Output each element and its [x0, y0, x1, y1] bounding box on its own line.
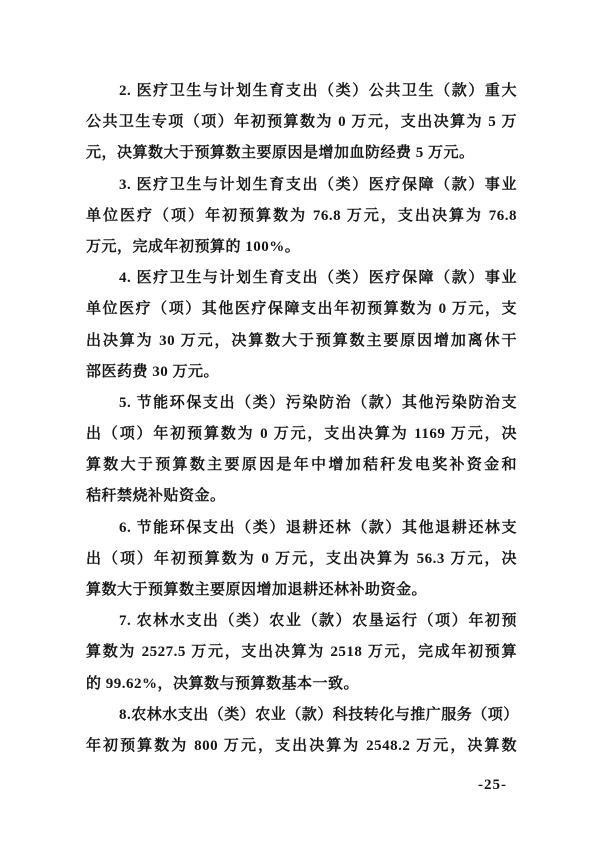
text-line: 3. 医疗卫生与计划生育支出（类）医疗保障（款）事业	[86, 170, 517, 201]
paragraph-item-8: 8.农林水支出（类）农业（款）科技转化与推广服务（项）年初预算数为 800 万元…	[86, 700, 517, 762]
text-line: 8.农林水支出（类）农业（款）科技转化与推广服务（项）	[86, 700, 517, 731]
paragraph-item-3: 3. 医疗卫生与计划生育支出（类）医疗保障（款）事业单位医疗（项）年初预算数为 …	[86, 170, 517, 264]
paragraph-item-6: 6. 节能环保支出（类）退耕还林（款）其他退耕还林支出（项）年初预算数为 0 万…	[86, 513, 517, 607]
text-line: 出（项）年初预算数为 0 万元，支出决算为 56.3 万元，决	[86, 544, 517, 575]
text-line: 年初预算数为 800 万元，支出决算为 2548.2 万元，决算数	[86, 731, 517, 762]
text-line: 公共卫生专项（项）年初预算数为 0 万元，支出决算为 5 万	[86, 107, 517, 138]
text-line: 部医药费 30 万元。	[86, 357, 517, 388]
text-line: 元，决算数大于预算数主要原因是增加血防经费 5 万元。	[86, 138, 517, 169]
paragraph-item-5: 5. 节能环保支出（类）污染防治（款）其他污染防治支出（项）年初预算数为 0 万…	[86, 388, 517, 513]
text-line: 7. 农林水支出（类）农业（款）农垦运行（项）年初预	[86, 606, 517, 637]
document-page: 2. 医疗卫生与计划生育支出（类）公共卫生（款）重大公共卫生专项（项）年初预算数…	[0, 0, 600, 841]
text-line: 算数大于预算数主要原因是年中增加秸秆发电奖补资金和	[86, 450, 517, 481]
text-line: 算数大于预算数主要原因增加退耕还林补助资金。	[86, 575, 517, 606]
text-line: 秸秆禁烧补贴资金。	[86, 481, 517, 512]
document-body: 2. 医疗卫生与计划生育支出（类）公共卫生（款）重大公共卫生专项（项）年初预算数…	[86, 76, 517, 762]
text-line: 出决算为 30 万元，决算数大于预算数主要原因增加离休干	[86, 326, 517, 357]
page-number: -25-	[478, 778, 507, 793]
text-line: 万元，完成年初预算的 100%。	[86, 232, 517, 263]
text-line: 4. 医疗卫生与计划生育支出（类）医疗保障（款）事业	[86, 263, 517, 294]
paragraph-item-7: 7. 农林水支出（类）农业（款）农垦运行（项）年初预算数为 2527.5 万元，…	[86, 606, 517, 700]
text-line: 2. 医疗卫生与计划生育支出（类）公共卫生（款）重大	[86, 76, 517, 107]
text-line: 算数为 2527.5 万元，支出决算为 2518 万元，完成年初预算	[86, 637, 517, 668]
paragraph-item-2: 2. 医疗卫生与计划生育支出（类）公共卫生（款）重大公共卫生专项（项）年初预算数…	[86, 76, 517, 170]
paragraph-item-4: 4. 医疗卫生与计划生育支出（类）医疗保障（款）事业单位医疗（项）其他医疗保障支…	[86, 263, 517, 388]
text-line: 出（项）年初预算数为 0 万元，支出决算为 1169 万元，决	[86, 419, 517, 450]
text-line: 5. 节能环保支出（类）污染防治（款）其他污染防治支	[86, 388, 517, 419]
text-line: 单位医疗（项）年初预算数为 76.8 万元，支出决算为 76.8	[86, 201, 517, 232]
text-line: 的 99.62%，决算数与预算数基本一致。	[86, 669, 517, 700]
text-line: 单位医疗（项）其他医疗保障支出年初预算数为 0 万元，支	[86, 294, 517, 325]
text-line: 6. 节能环保支出（类）退耕还林（款）其他退耕还林支	[86, 513, 517, 544]
